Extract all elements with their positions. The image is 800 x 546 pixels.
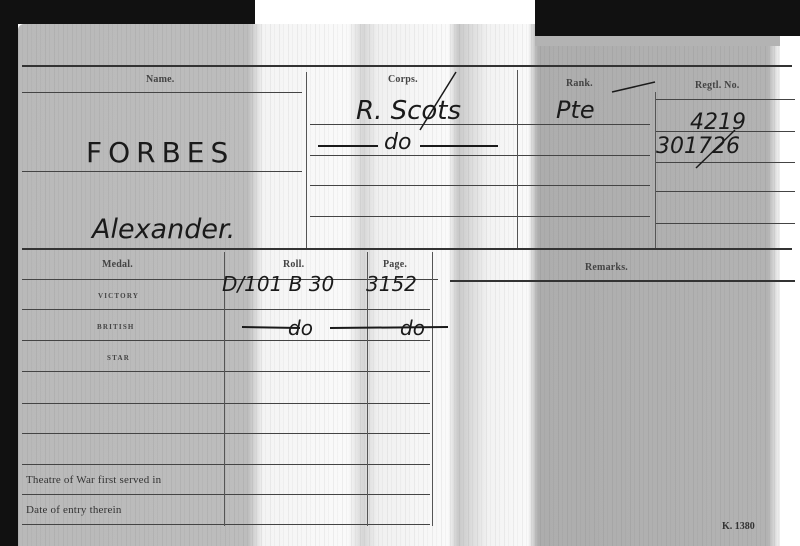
rule xyxy=(655,223,795,224)
forename: Alexander. xyxy=(92,214,235,245)
rule xyxy=(22,371,430,372)
vrule xyxy=(432,252,433,526)
medal-label-star: Star xyxy=(107,354,130,362)
rule xyxy=(22,340,430,341)
rule xyxy=(450,280,795,282)
scan-border-left xyxy=(0,0,18,546)
vrule xyxy=(306,72,307,248)
rule xyxy=(655,99,795,100)
victory-roll: D/101 B 30 xyxy=(222,272,334,296)
rule xyxy=(22,524,430,525)
medal-label-british: British xyxy=(97,323,135,331)
card-edge xyxy=(535,36,780,46)
surname: FORBES xyxy=(86,136,234,169)
scan-border-top-right xyxy=(535,0,800,36)
header-remarks: Remarks. xyxy=(585,262,628,273)
rule xyxy=(22,403,430,404)
scan-border-top-left xyxy=(0,0,255,24)
rule xyxy=(22,309,430,310)
rule xyxy=(310,216,650,217)
medal-index-card-scan: Name. Corps. Rank. Regtl. No. Medal. Rol… xyxy=(0,0,800,546)
vrule xyxy=(517,70,518,248)
header-corps: Corps. xyxy=(388,74,418,85)
medal-label-victory: Victory xyxy=(98,292,139,300)
regtl-no-1: 4219 xyxy=(690,110,746,135)
rule-mid xyxy=(22,248,792,250)
header-medal: Medal. xyxy=(102,259,133,270)
header-page: Page. xyxy=(383,259,407,270)
rule xyxy=(22,433,430,434)
header-regtl-no: Regtl. No. xyxy=(695,80,740,91)
regtl-no-2: 301726 xyxy=(656,134,740,159)
form-number: K. 1380 xyxy=(722,521,755,532)
header-roll: Roll. xyxy=(283,259,304,270)
rule xyxy=(310,155,650,156)
victory-page: 3152 xyxy=(366,272,417,296)
rule-top xyxy=(22,65,792,67)
vrule xyxy=(655,92,656,248)
theatre-label: Theatre of War first served in xyxy=(26,474,161,486)
rule xyxy=(22,171,302,172)
rank-entry: Pte xyxy=(556,96,595,124)
corps-entry-1: R. Scots xyxy=(356,96,461,126)
british-roll: do xyxy=(288,316,313,340)
date-entry-label: Date of entry therein xyxy=(26,504,122,516)
british-page: do xyxy=(400,316,425,340)
header-rank: Rank. xyxy=(566,78,593,89)
rule xyxy=(655,191,795,192)
header-name: Name. xyxy=(146,74,175,85)
rule xyxy=(22,92,302,93)
rule xyxy=(310,185,650,186)
corps-entry-2: do xyxy=(384,130,411,155)
rule xyxy=(655,162,795,163)
rule xyxy=(22,464,430,465)
rule xyxy=(22,494,430,495)
